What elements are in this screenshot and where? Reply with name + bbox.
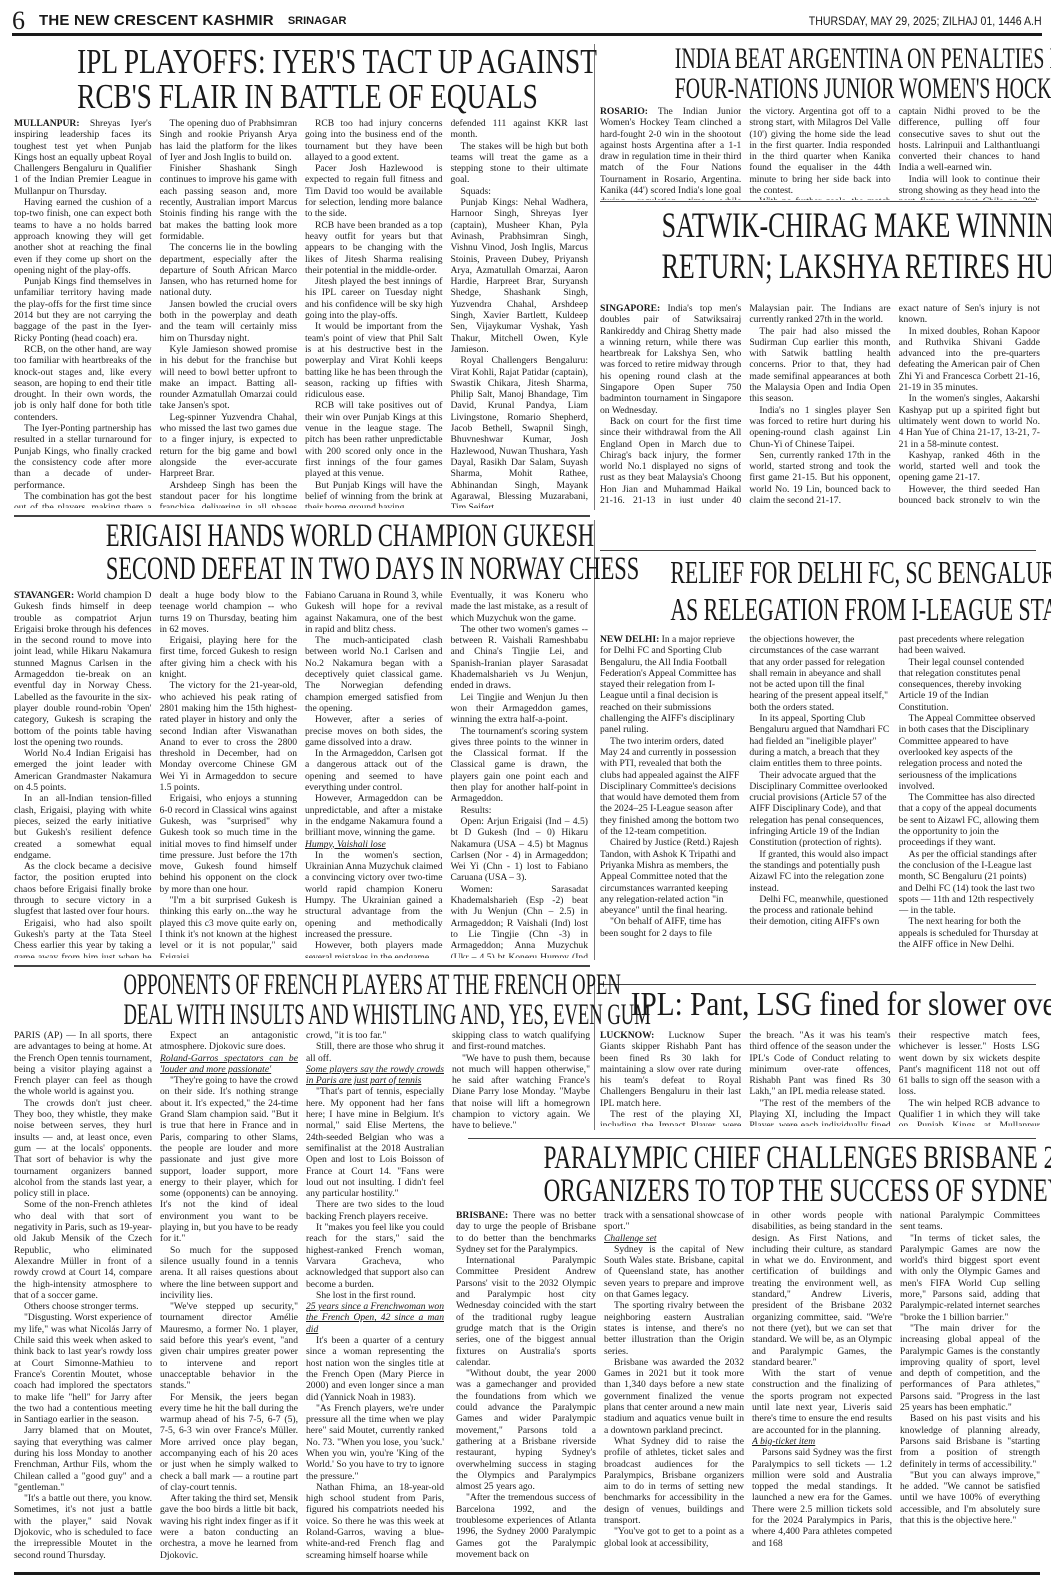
issue-date: THURSDAY, MAY 29, 2025; ZILHAJ 01, 1446 … — [809, 14, 1042, 28]
article-column: RCB too had injury concerns going into t… — [305, 118, 443, 508]
article-column: The opening duo of Prabhsimran Singh and… — [160, 118, 298, 508]
article-chess: ERIGAISI HANDS WORLD CHAMPION GUKESH SEC… — [14, 520, 588, 960]
subheading: Humpy, Vaishali lose — [305, 839, 443, 850]
subheading: Roland-Garros spectators can be 'louder … — [160, 1053, 298, 1076]
article-badminton: SATWIK-CHIRAG MAKE WINNING RETURN; LAKSH… — [600, 205, 1040, 505]
section-divider — [14, 965, 590, 967]
article-column: MULLANPUR: Shreyas Iyer's inspiring lead… — [14, 118, 152, 508]
dateline: LUCKNOW: — [600, 1030, 654, 1041]
section-divider — [468, 1138, 1036, 1139]
article-column: defended 111 against KKR last month. The… — [451, 118, 589, 508]
dateline: PARIS (AP) — — [14, 1030, 76, 1041]
page-masthead: 6 THE NEW CRESCENT KASHMIR SRINAGAR THUR… — [12, 8, 1042, 36]
dateline: SINGAPORE: — [600, 303, 660, 314]
dateline: MULLANPUR: — [14, 118, 80, 129]
headline: ERIGAISI HANDS WORLD CHAMPION GUKESH SEC… — [106, 520, 496, 590]
subheading: Challenge set — [604, 1233, 744, 1244]
newspaper-name: THE NEW CRESCENT KASHMIR — [39, 12, 274, 29]
page-number: 6 — [12, 8, 25, 34]
dateline: STAVANGER: — [14, 590, 74, 601]
article-ipl-fine: IPL: Pant, LSG fined for slower over rat… — [600, 988, 1040, 1128]
article-column: track with a sensational showcase of spo… — [604, 1210, 744, 1570]
article-football: RELIEF FOR DELHI FC, SC BENGALURU AS REL… — [600, 554, 1040, 974]
article-column: LUCKNOW: Lucknow Super Giants skipper Ri… — [600, 1030, 741, 1126]
article-column: Eventually, it was Koneru who made the l… — [451, 590, 589, 958]
article-column: Expect an antagonistic atmosphere. Djoko… — [160, 1030, 298, 1560]
article-column: NEW DELHI: In a major reprieve for Delhi… — [600, 634, 741, 962]
article-ipl-playoffs: IPL PLAYOFFS: IYER'S TACT UP AGAINST RCB… — [14, 44, 588, 510]
section-divider — [14, 515, 590, 517]
section-divider — [600, 984, 1036, 985]
headline: RELIEF FOR DELHI FC, SC BENGALURU AS REL… — [670, 554, 969, 634]
headline: SATWIK-CHIRAG MAKE WINNING RETURN; LAKSH… — [662, 205, 979, 303]
edition-city: SRINAGAR — [288, 15, 347, 27]
dateline: ROSARIO: — [600, 106, 648, 117]
subheading: A big-ticket item — [752, 1436, 892, 1447]
article-column: dealt a huge body blow to the teenage wo… — [160, 590, 298, 958]
section-divider — [600, 550, 1036, 551]
headline: OPPONENTS OF FRENCH PLAYERS AT THE FRENC… — [123, 970, 480, 1030]
article-column: crowd, "it is too far." Still, there are… — [306, 1030, 444, 1560]
article-column: ROSARIO: The Indian Junior Women's Hocke… — [600, 106, 741, 200]
article-hockey: INDIA BEAT ARGENTINA ON PENALTIES IN FOU… — [600, 44, 1040, 199]
article-column: SINGAPORE: India's top men's doubles pai… — [600, 303, 741, 503]
headline: PARALYMPIC CHIEF CHALLENGES BRISBANE 203… — [544, 1142, 953, 1210]
article-column: Fabiano Caruana in Round 3, while Gukesh… — [305, 590, 443, 958]
subheading: Some players say the rowdy crowds in Par… — [306, 1064, 444, 1087]
article-column: STAVANGER: World champion D Gukesh finds… — [14, 590, 152, 958]
article-column: national Paralympic Committees sent team… — [900, 1210, 1040, 1570]
headline: INDIA BEAT ARGENTINA ON PENALTIES IN FOU… — [675, 44, 965, 106]
article-column: exact nature of Sen's injury is not know… — [899, 303, 1040, 503]
article-column: their respective match fees, whichever i… — [899, 1030, 1040, 1126]
article-column: Malaysian pair. The Indians are currentl… — [749, 303, 890, 503]
dateline: BRISBANE: — [456, 1210, 508, 1221]
subheading: 25 years since a Frenchwoman won the Fre… — [306, 1301, 444, 1335]
article-column: in other words people with disabilities,… — [752, 1210, 892, 1570]
headline: IPL PLAYOFFS: IYER'S TACT UP AGAINST RCB… — [77, 44, 525, 118]
dateline: NEW DELHI: — [600, 634, 659, 645]
article-column: past precedents where relegation had bee… — [899, 634, 1040, 962]
article-paralympic: PARALYMPIC CHIEF CHALLENGES BRISBANE 203… — [456, 1142, 1040, 1572]
article-column: captain Nidhi proved to be the differenc… — [899, 106, 1040, 200]
section-divider — [600, 201, 1036, 202]
article-column: PARIS (AP) — In all sports, there are ad… — [14, 1030, 152, 1560]
article-column: skipping class to watch qualifying and f… — [452, 1030, 590, 1150]
article-column: the breach. "As it was his team's third … — [749, 1030, 890, 1126]
article-column: BRISBANE: There was no better day to urg… — [456, 1210, 596, 1570]
page-bottom-rule — [14, 1572, 1040, 1575]
column-divider — [594, 44, 595, 510]
headline: IPL: Pant, LSG fined for slower over rat… — [631, 988, 1009, 1030]
article-column: the objections however, the circumstance… — [749, 634, 890, 962]
article-column: the victory. Argentina got off to a stro… — [749, 106, 890, 200]
